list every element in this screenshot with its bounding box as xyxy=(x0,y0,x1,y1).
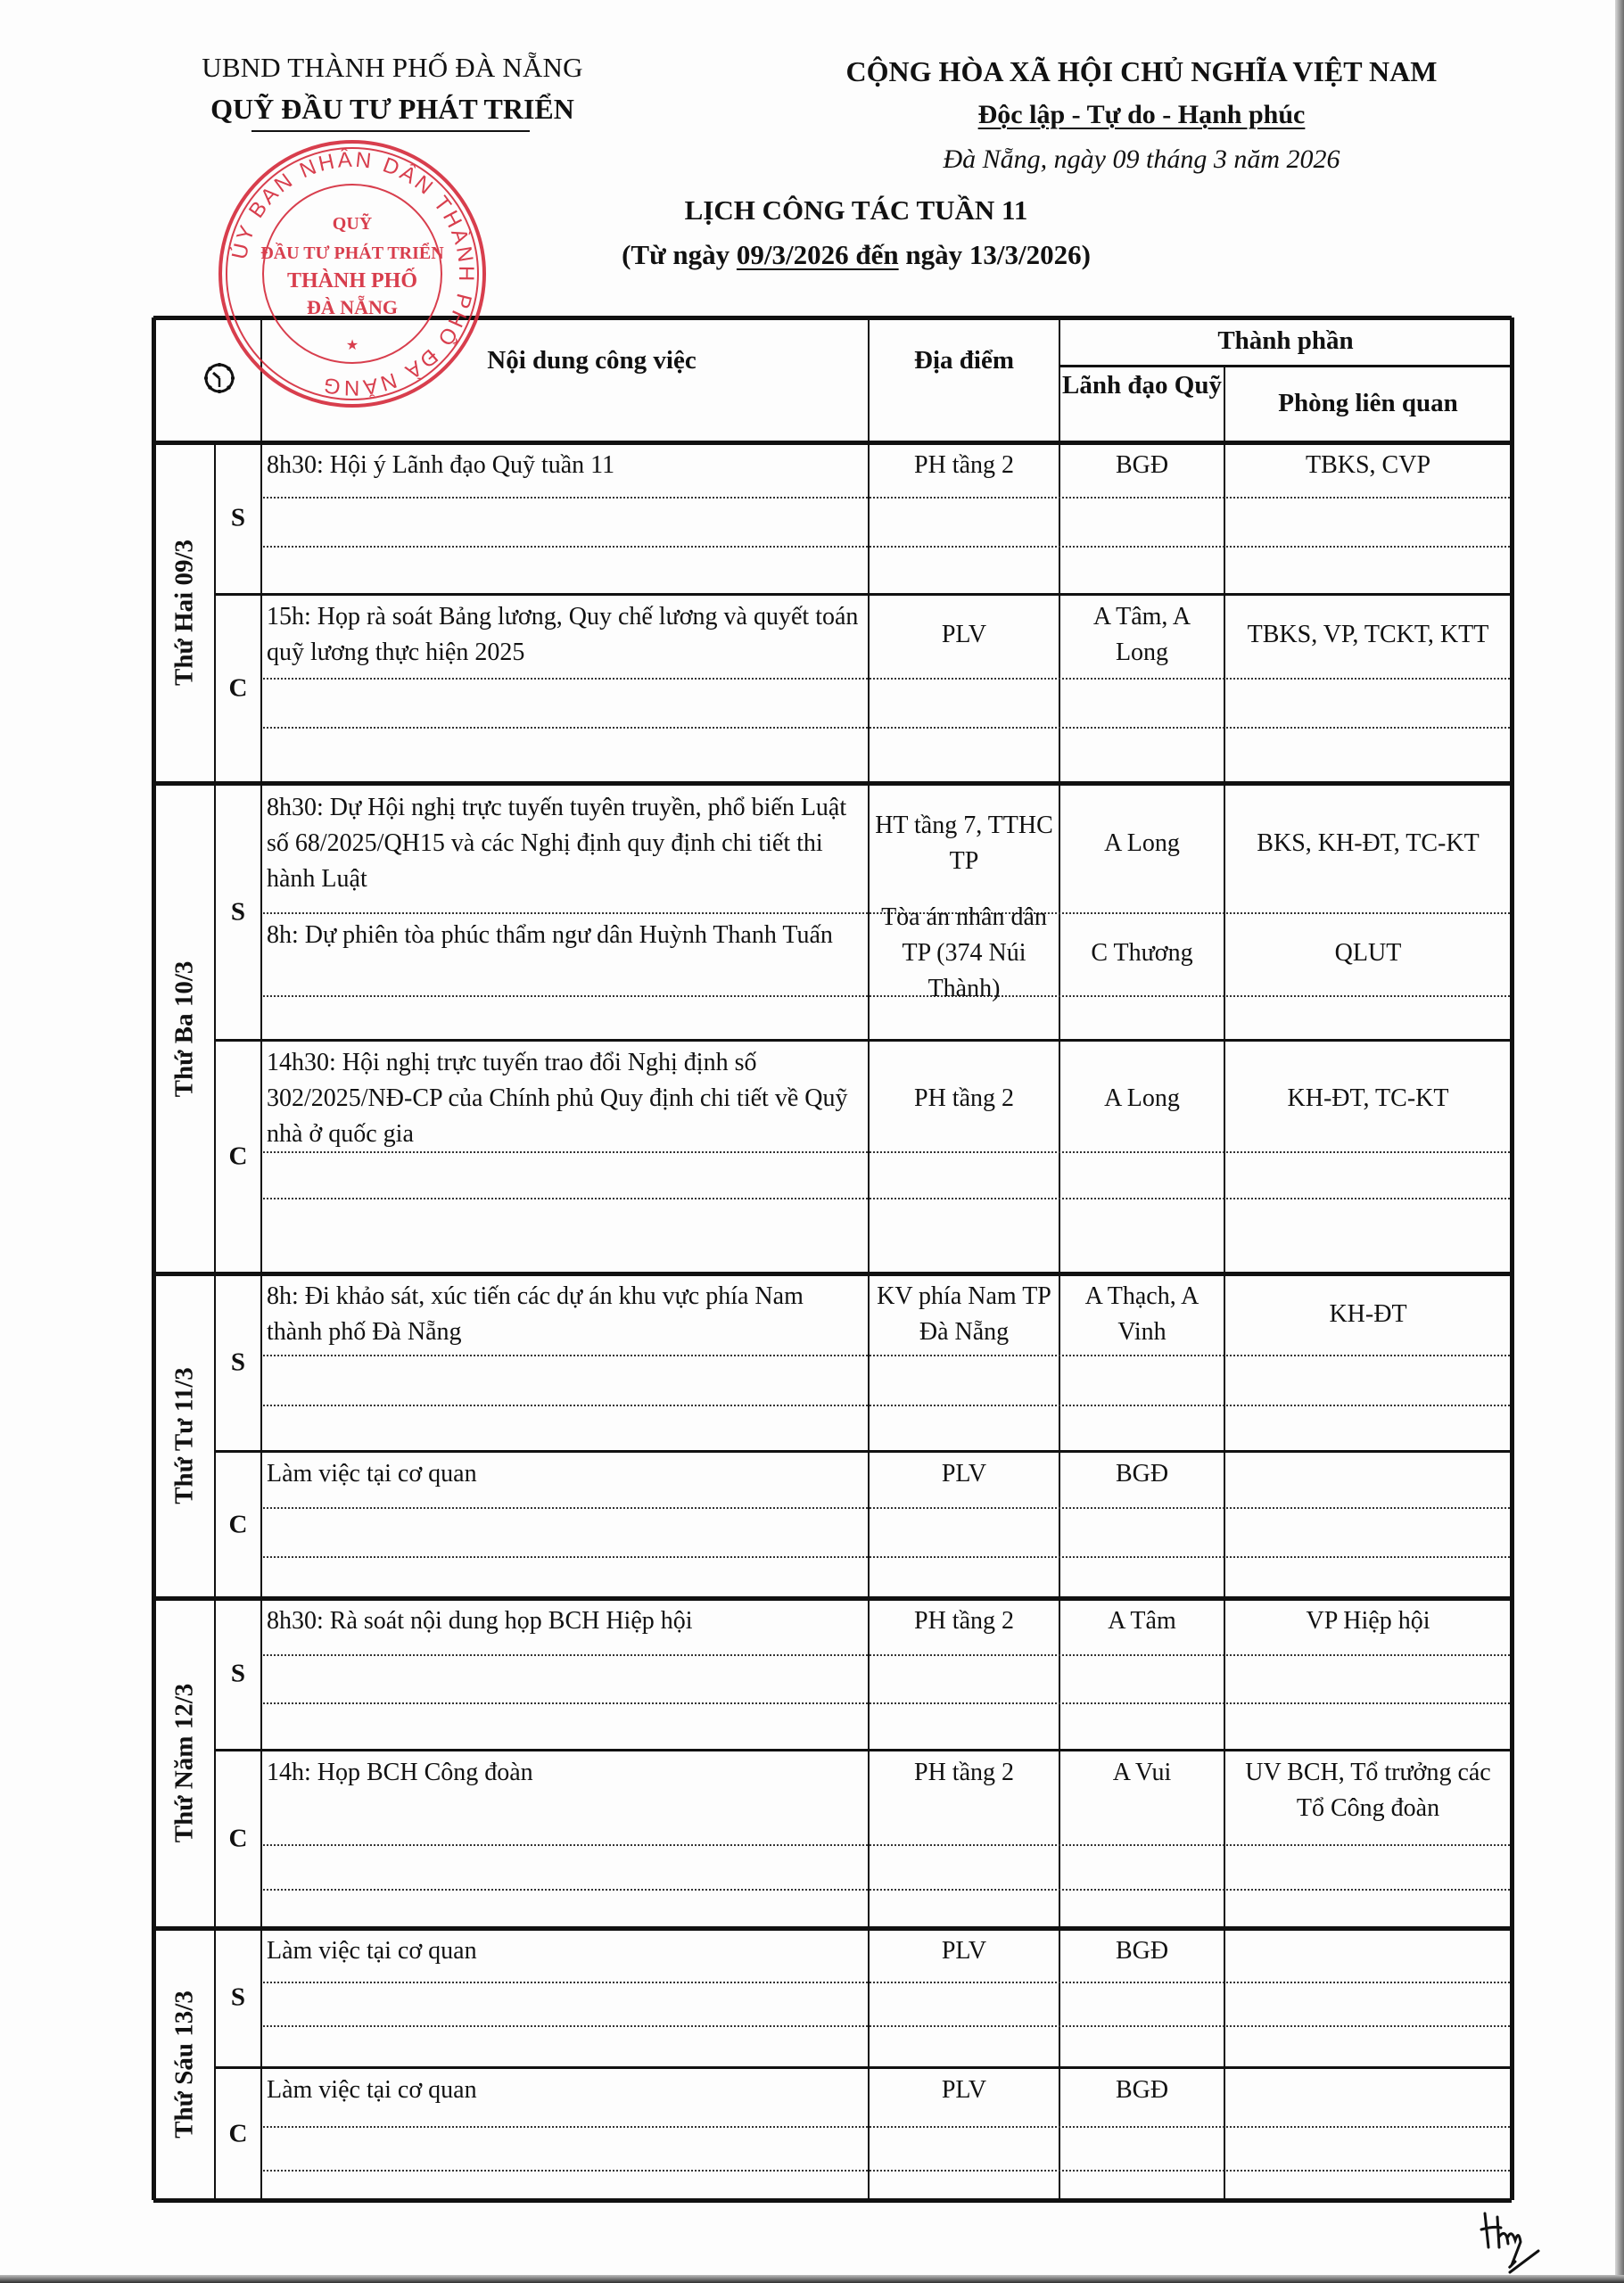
activity-leader: A Long xyxy=(1065,826,1219,861)
header-departments: Phòng liên quan xyxy=(1224,385,1512,421)
dotted-rule xyxy=(263,1355,1510,1356)
table-right-border xyxy=(1510,317,1514,2200)
leader-column-rule xyxy=(1059,317,1060,2200)
activity-content: Làm việc tại cơ quan xyxy=(267,2073,863,2108)
session-column-rule xyxy=(214,442,216,2200)
activity-leader: C Thương xyxy=(1065,935,1219,971)
dotted-rule xyxy=(263,1889,1510,1891)
session-label: C xyxy=(229,1142,248,1172)
activity-location: PLV xyxy=(874,1456,1054,1492)
activity-content: 14h: Họp BCH Công đoàn xyxy=(267,1755,863,1791)
session-divider xyxy=(215,1450,1512,1453)
day-bottom-border xyxy=(153,781,1512,786)
activity-leader: A Long xyxy=(1065,1081,1219,1117)
activity-content: 8h30: Dự Hội nghị trực tuyến tuyên truyề… xyxy=(267,790,863,897)
session-label: C xyxy=(229,1510,248,1539)
activity-content: 15h: Họp rà soát Bảng lương, Quy chế lươ… xyxy=(267,599,863,671)
organization-name: QUỸ ĐẦU TƯ PHÁT TRIỂN xyxy=(143,93,642,126)
header-bottom-border xyxy=(153,441,1512,445)
session-label: S xyxy=(231,1348,245,1377)
session-label: S xyxy=(231,1660,245,1689)
place-date: Đà Nẵng, ngày 09 tháng 3 năm 2026 xyxy=(749,144,1534,175)
dotted-rule xyxy=(263,497,1510,499)
scan-edge-right xyxy=(1615,0,1624,2283)
dotted-rule xyxy=(263,1654,1510,1656)
svg-text:ĐẦU TƯ PHÁT TRIỂN: ĐẦU TƯ PHÁT TRIỂN xyxy=(260,242,444,263)
activity-leader: BGĐ xyxy=(1065,1933,1219,1969)
header-leader: Lãnh đạo Quỹ xyxy=(1059,367,1224,403)
activity-departments: VP Hiệp hội xyxy=(1230,1603,1506,1639)
activity-content: Làm việc tại cơ quan xyxy=(267,1933,863,1969)
activity-location: PLV xyxy=(874,2073,1054,2108)
activity-content: 8h30: Hội ý Lãnh đạo Quỹ tuần 11 xyxy=(267,448,863,483)
activity-departments: UV BCH, Tổ trưởng các Tổ Công đoàn xyxy=(1230,1755,1506,1826)
activity-leader: BGĐ xyxy=(1065,448,1219,483)
dotted-rule xyxy=(263,1982,1510,1983)
activity-departments: TBKS, CVP xyxy=(1230,448,1506,483)
activity-leader: BGĐ xyxy=(1065,2073,1219,2108)
dotted-rule xyxy=(263,2126,1510,2128)
activity-leader: A Tâm xyxy=(1065,1603,1219,1639)
day-label: Thứ Tư 11/3 xyxy=(169,1367,199,1504)
dotted-rule xyxy=(263,1844,1510,1846)
activity-location: KV phía Nam TP Đà Nẵng xyxy=(874,1279,1054,1350)
day-bottom-border xyxy=(153,2198,1512,2203)
activity-content: 14h30: Hội nghị trực tuyến trao đổi Nghị… xyxy=(267,1045,863,1152)
day-bottom-border xyxy=(153,1596,1512,1601)
activity-departments: KH-ĐT xyxy=(1230,1297,1506,1332)
day-label: Thứ Năm 12/3 xyxy=(169,1684,199,1843)
activity-leader: BGĐ xyxy=(1065,1456,1219,1492)
content-column-rule xyxy=(260,317,262,2200)
header-content: Nội dung công việc xyxy=(315,342,869,378)
activity-leader: A Tâm, A Long xyxy=(1065,599,1219,671)
dotted-rule xyxy=(263,2025,1510,2027)
dotted-rule xyxy=(263,727,1510,729)
org-underline xyxy=(251,130,530,132)
svg-text:THÀNH PHỐ: THÀNH PHỐ xyxy=(287,268,417,293)
document-title: LỊCH CÔNG TÁC TUẦN 11 xyxy=(499,194,1213,227)
activity-location: HT tầng 7, TTHC TP xyxy=(874,808,1054,879)
dotted-rule xyxy=(263,2170,1510,2172)
activity-content: 8h: Dự phiên tòa phúc thẩm ngư dân Huỳnh… xyxy=(267,918,863,953)
day-label: Thứ Sáu 13/3 xyxy=(169,1990,199,2139)
activity-departments: KH-ĐT, TC-KT xyxy=(1230,1081,1506,1117)
day-label: Thứ Ba 10/3 xyxy=(169,961,199,1098)
dotted-rule xyxy=(263,678,1510,680)
dotted-rule xyxy=(263,1507,1510,1509)
activity-location: PH tầng 2 xyxy=(874,1081,1054,1117)
activity-location: PH tầng 2 xyxy=(874,1603,1054,1639)
activity-location: PLV xyxy=(874,617,1054,653)
activity-content: 8h30: Rà soát nội dung họp BCH Hiệp hội xyxy=(267,1603,863,1639)
signature-initials xyxy=(1476,2203,1547,2274)
location-column-rule xyxy=(868,317,870,2200)
svg-text:QUỸ: QUỸ xyxy=(333,212,373,234)
day-bottom-border xyxy=(153,1926,1512,1931)
table-left-border xyxy=(152,317,156,2200)
session-label: C xyxy=(229,1825,248,1854)
activity-location: PH tầng 2 xyxy=(874,448,1054,483)
session-divider xyxy=(215,1039,1512,1042)
dotted-rule xyxy=(263,1556,1510,1558)
activity-location: PH tầng 2 xyxy=(874,1755,1054,1791)
issuing-authority: UBND THÀNH PHỐ ĐÀ NẴNG xyxy=(143,52,642,84)
dotted-rule xyxy=(263,1702,1510,1704)
day-bottom-border xyxy=(153,1272,1512,1276)
activity-location: Tòa án nhân dân TP (374 Núi Thành) xyxy=(874,900,1054,1007)
day-label: Thứ Hai 09/3 xyxy=(169,540,199,686)
activity-departments: TBKS, VP, TCKT, KTT xyxy=(1230,617,1506,653)
activity-location: PLV xyxy=(874,1933,1054,1969)
session-label: S xyxy=(231,1983,245,2013)
department-column-rule xyxy=(1224,366,1225,2200)
session-label: C xyxy=(229,2119,248,2148)
session-divider xyxy=(215,1749,1512,1751)
session-divider xyxy=(215,2066,1512,2069)
activity-departments: QLUT xyxy=(1230,935,1506,971)
activity-content: Làm việc tại cơ quan xyxy=(267,1456,863,1492)
session-label: C xyxy=(229,674,248,704)
activity-leader: A Vui xyxy=(1065,1755,1219,1791)
national-title: CỘNG HÒA XÃ HỘI CHỦ NGHĨA VIỆT NAM xyxy=(749,55,1534,88)
session-label: S xyxy=(231,504,245,533)
national-motto: Độc lập - Tự do - Hạnh phúc xyxy=(749,100,1534,130)
dotted-rule xyxy=(263,1405,1510,1406)
session-label: S xyxy=(231,898,245,927)
clock-icon xyxy=(202,360,237,396)
activity-leader: A Thạch, A Vinh xyxy=(1065,1279,1219,1350)
scan-edge-bottom xyxy=(0,2275,1624,2283)
session-divider xyxy=(215,593,1512,596)
table-top-border xyxy=(153,316,1512,320)
header-location: Địa điểm xyxy=(869,342,1059,378)
date-range: (Từ ngày 09/3/2026 đến ngày 13/3/2026) xyxy=(499,239,1213,271)
activity-content: 8h: Đi khảo sát, xúc tiến các dự án khu … xyxy=(267,1279,863,1350)
dotted-rule xyxy=(263,1198,1510,1199)
dotted-rule xyxy=(263,546,1510,548)
activity-departments: BKS, KH-ĐT, TC-KT xyxy=(1230,826,1506,861)
header-participants: Thành phần xyxy=(1059,323,1512,359)
